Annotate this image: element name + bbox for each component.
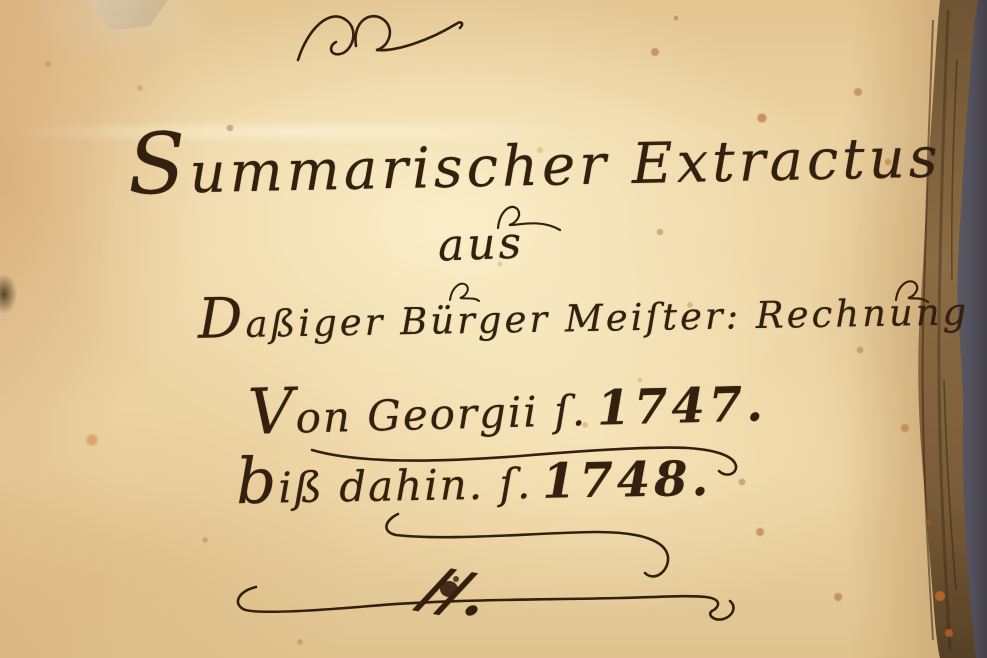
date-to-label: biß dahin. ſ.	[236, 459, 533, 513]
aus-line: aus	[437, 221, 525, 270]
manuscript-scan: Summarischer Extractus aus Daßiger Bürge…	[0, 0, 987, 658]
year-1748: 1748.	[542, 451, 713, 510]
date-to-line: biß dahin. ſ.1748.	[236, 454, 713, 513]
year-1747: 1747.	[596, 376, 767, 436]
date-from-label: Von Georgii ſ.	[247, 386, 587, 444]
